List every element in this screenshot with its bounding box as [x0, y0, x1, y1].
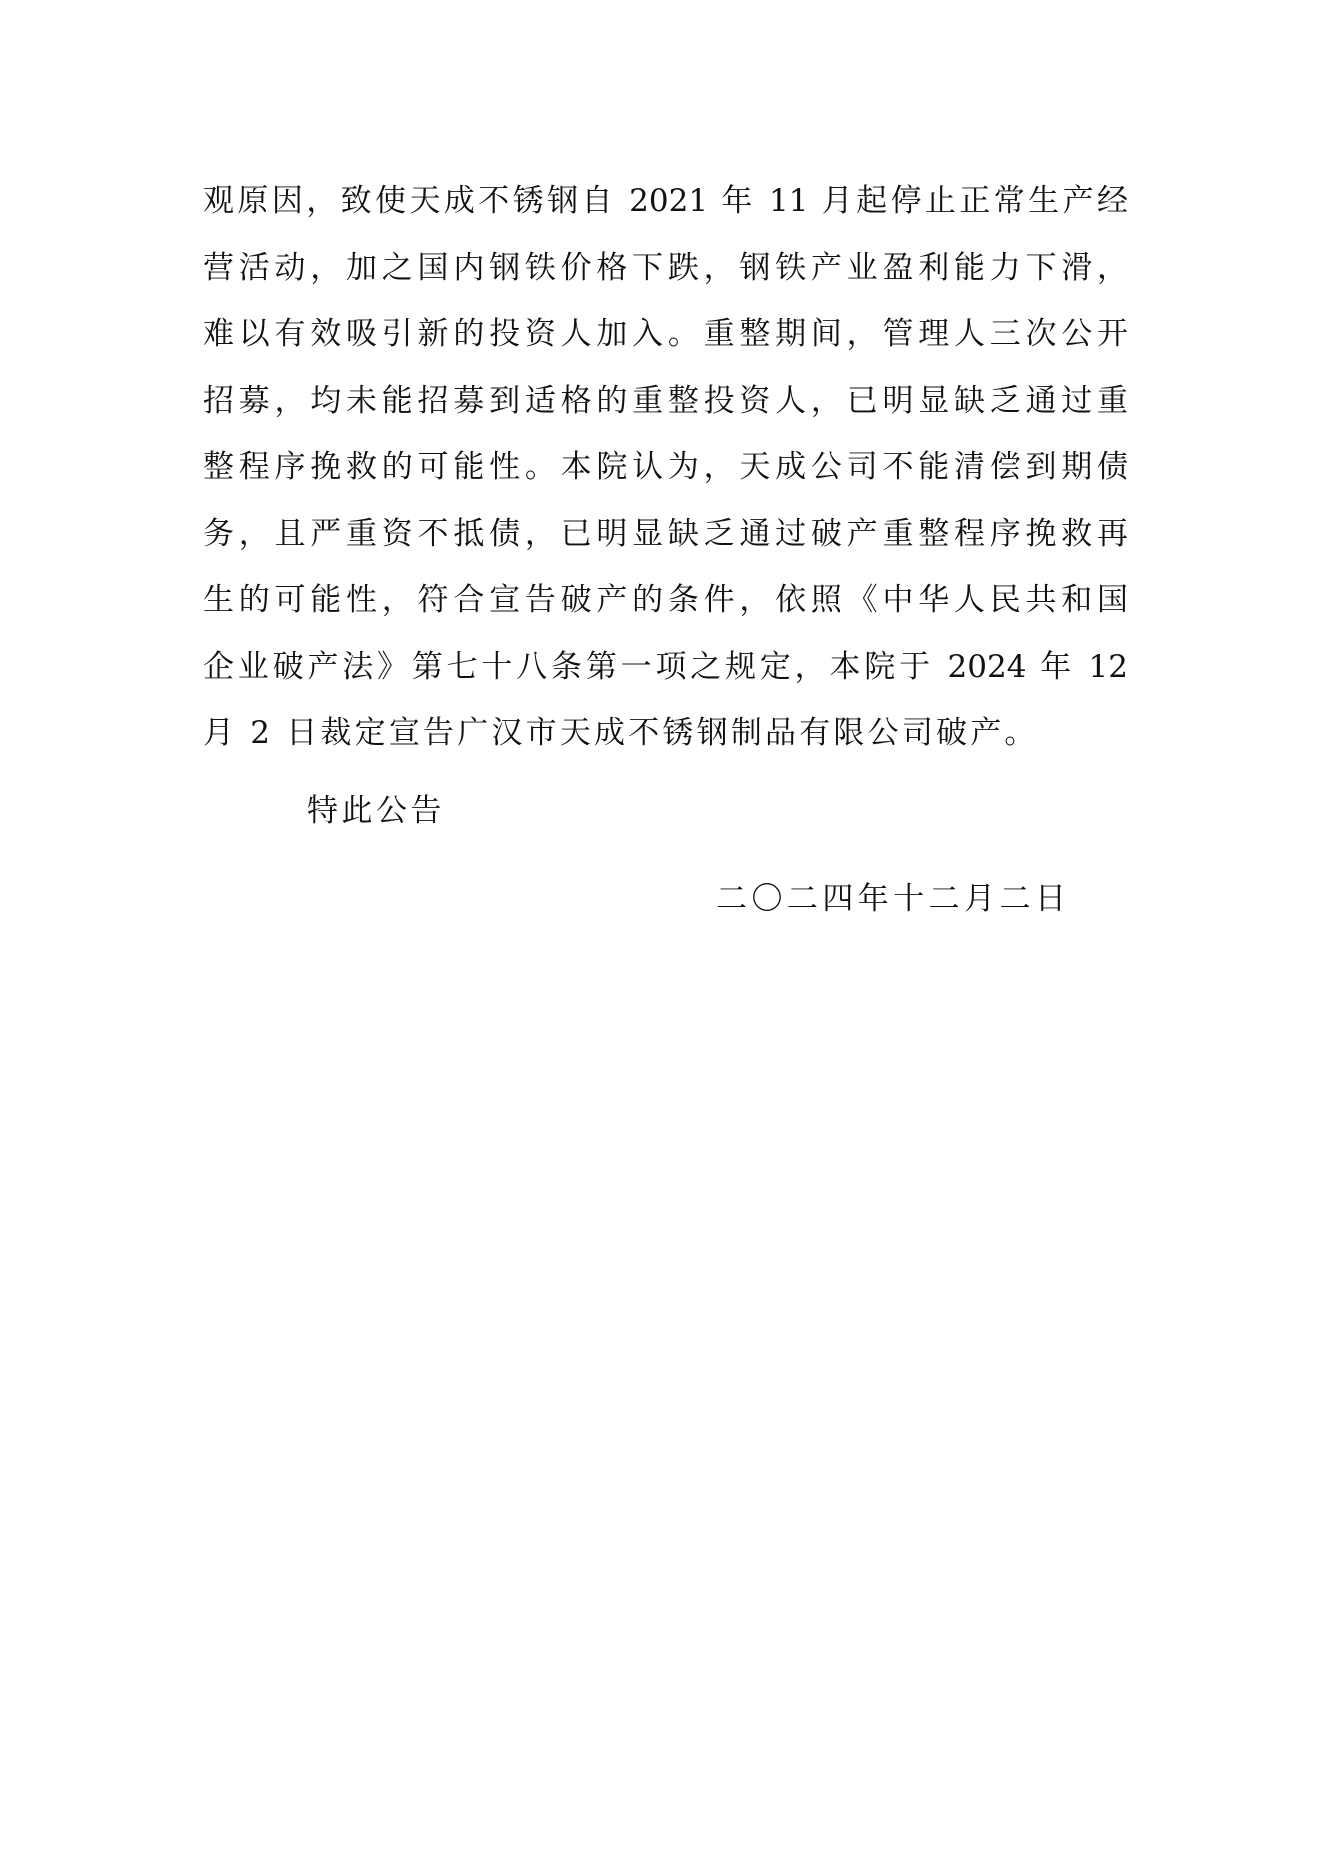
body-line-1: 观原因，致使天成不锈钢自 2021 年 11 月起停止正常生产经: [203, 178, 1128, 245]
body-line-4: 招募，均未能招募到适格的重整投资人，已明显缺乏通过重: [203, 378, 1128, 445]
body-line-5: 整程序挽救的可能性。本院认为，天成公司不能清偿到期债: [203, 444, 1128, 511]
body-line-8: 企业破产法》第七十八条第一项之规定，本院于 2024 年 12: [203, 644, 1128, 711]
body-line-3: 难以有效吸引新的投资人加入。重整期间，管理人三次公开: [203, 311, 1128, 378]
body-line-9: 月 2 日裁定宣告广汉市天成不锈钢制品有限公司破产。: [203, 710, 1128, 777]
announcement-date: 二〇二四年十二月二日: [716, 876, 1066, 922]
body-line-6: 务，且严重资不抵债，已明显缺乏通过破产重整程序挽救再: [203, 511, 1128, 578]
document-page: 观原因，致使天成不锈钢自 2021 年 11 月起停止正常生产经 营活动，加之国…: [0, 0, 1323, 1871]
body-line-2: 营活动，加之国内钢铁价格下跌，钢铁产业盈利能力下滑，: [203, 245, 1128, 312]
body-line-7: 生的可能性，符合宣告破产的条件，依照《中华人民共和国: [203, 577, 1128, 644]
announcement-body: 观原因，致使天成不锈钢自 2021 年 11 月起停止正常生产经 营活动，加之国…: [203, 178, 1128, 777]
closing-statement: 特此公告: [307, 788, 445, 834]
